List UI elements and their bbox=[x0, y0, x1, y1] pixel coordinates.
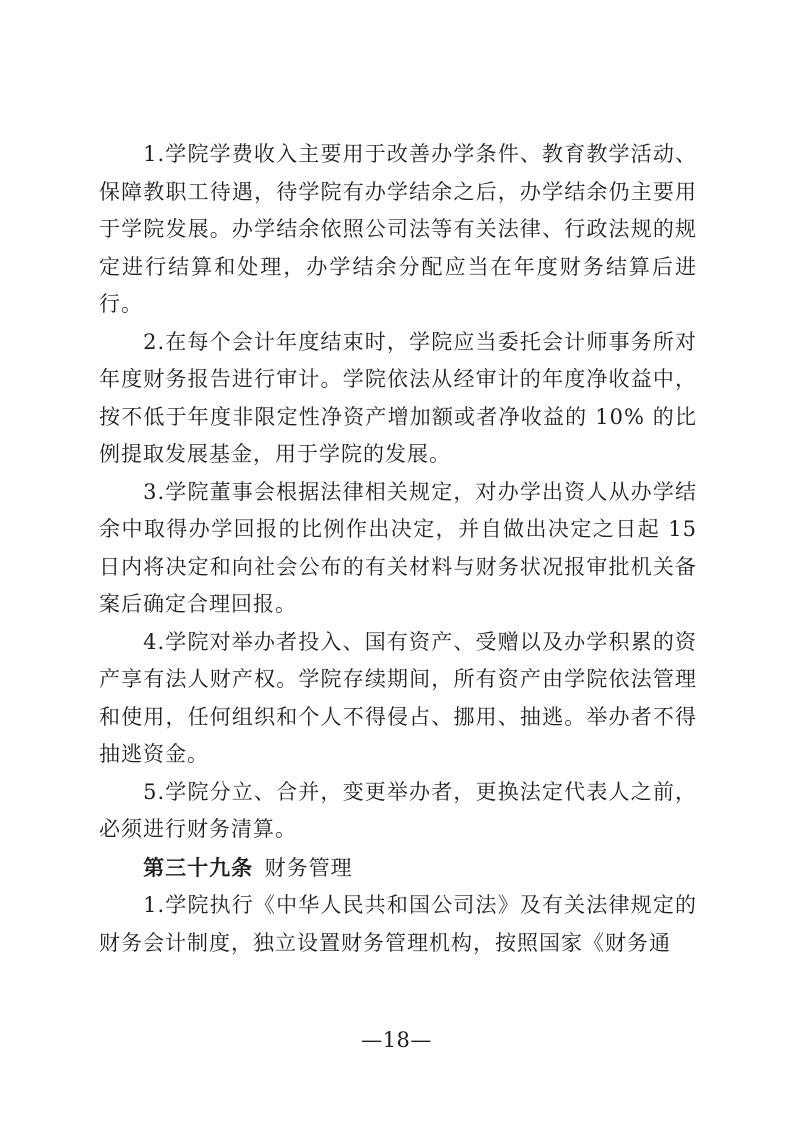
paragraph-financial-system: 1.学院执行《中华人民共和国公司法》及有关法律规定的财务会计制度，独立设置财务管… bbox=[99, 887, 697, 962]
paragraph-tuition-income: 1.学院学费收入主要用于改善办学条件、教育教学活动、保障教职工待遇，待学院有办学… bbox=[99, 136, 697, 324]
article-title: 财务管理 bbox=[265, 856, 353, 880]
article-heading: 第三十九条财务管理 bbox=[99, 849, 697, 888]
paragraph-board-return-decision: 3.学院董事会根据法律相关规定，对办学出资人从办学结余中取得办学回报的比例作出决… bbox=[99, 474, 697, 624]
page-number: —18— bbox=[361, 1028, 432, 1052]
paragraph-financial-liquidation: 5.学院分立、合并，变更举办者，更换法定代表人之前，必须进行财务清算。 bbox=[99, 774, 697, 849]
paragraph-annual-audit: 2.在每个会计年度结束时，学院应当委托会计师事务所对年度财务报告进行审计。学院依… bbox=[99, 324, 697, 474]
page-footer: —18— bbox=[0, 1028, 793, 1052]
article-number: 第三十九条 bbox=[143, 855, 253, 880]
paragraph-legal-property-rights: 4.学院对举办者投入、国有资产、受赠以及办学积累的资产享有法人财产权。学院存续期… bbox=[99, 624, 697, 774]
document-body: 1.学院学费收入主要用于改善办学条件、教育教学活动、保障教职工待遇，待学院有办学… bbox=[99, 136, 697, 962]
document-page: { "document": { "paragraphs": [ "1.学院学费收… bbox=[0, 0, 793, 1122]
page-canvas: 1.学院学费收入主要用于改善办学条件、教育教学活动、保障教职工待遇，待学院有办学… bbox=[0, 0, 793, 1122]
